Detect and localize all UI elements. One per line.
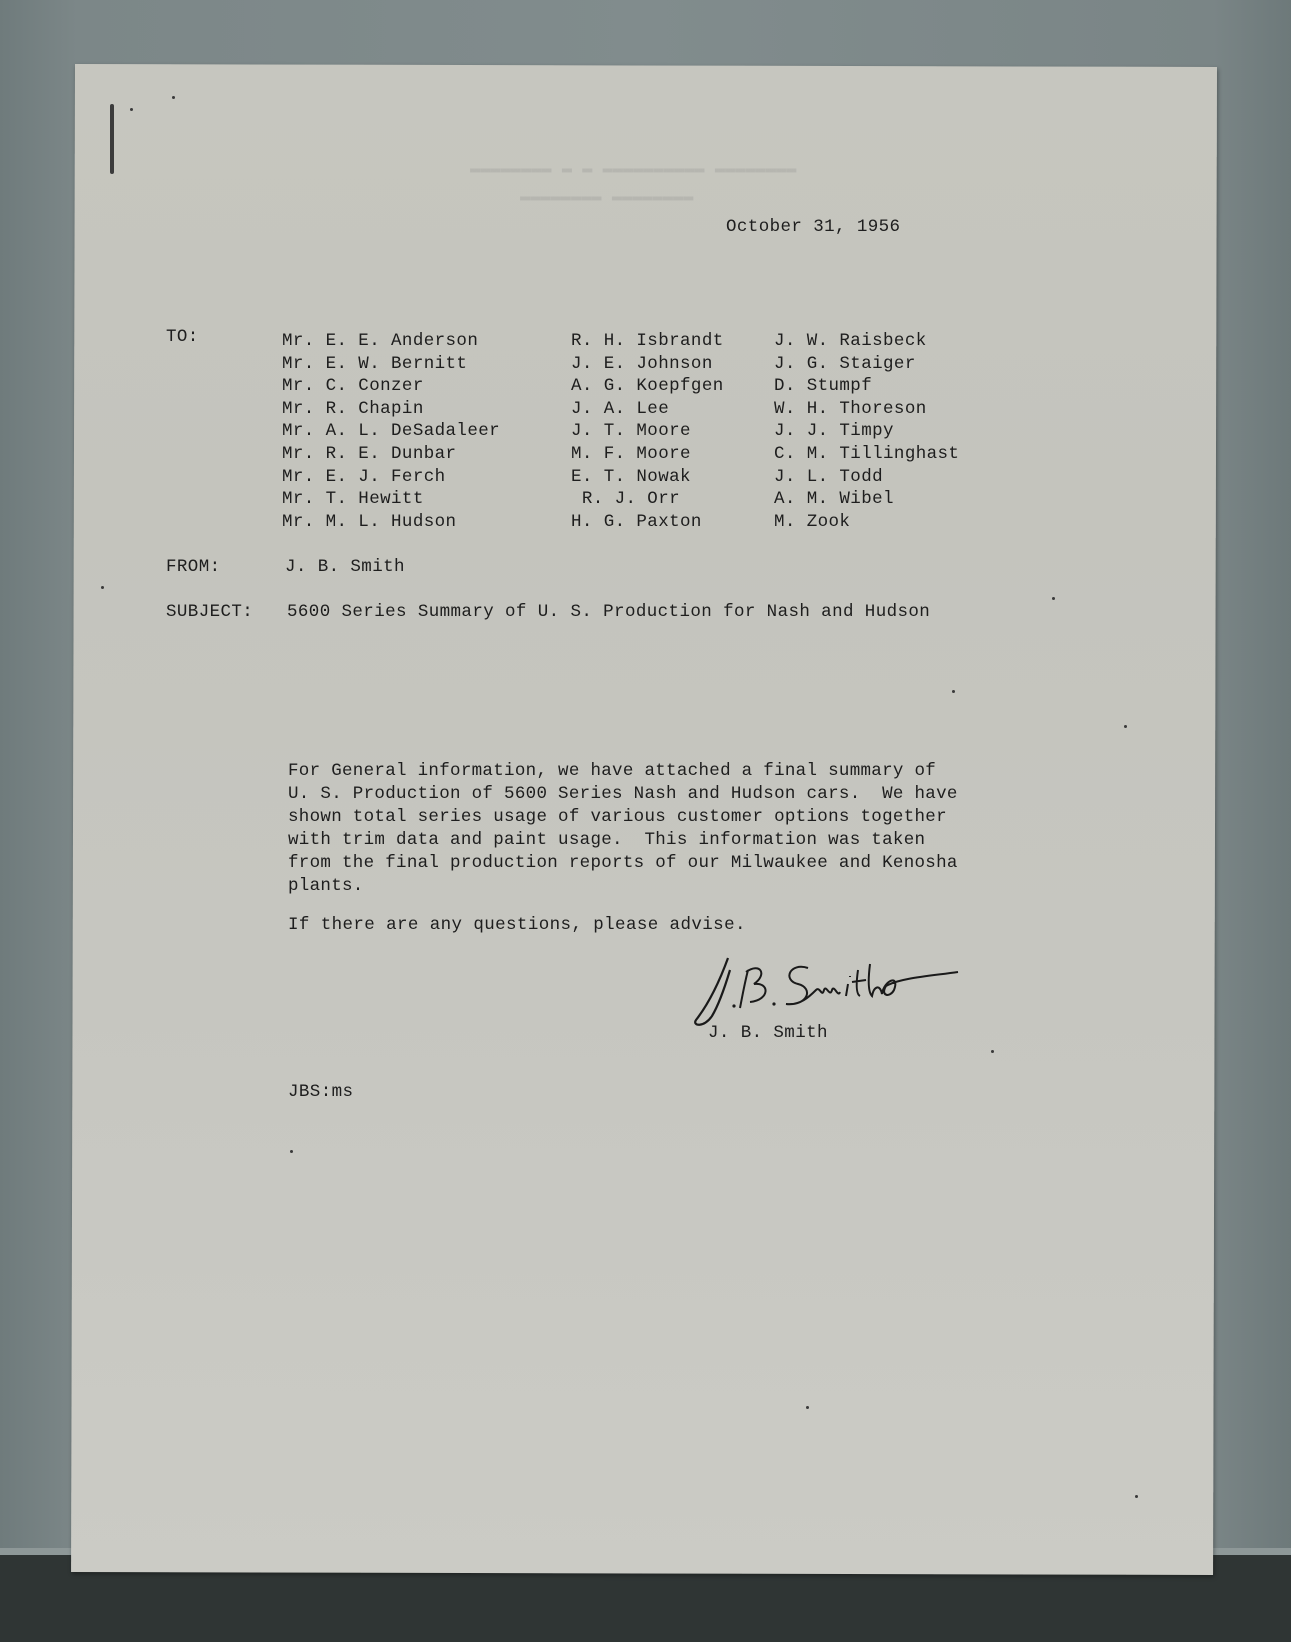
recipient: C. M. Tillinghast xyxy=(774,443,959,466)
recipients-column-1: Mr. E. E. Anderson Mr. E. W. Bernitt Mr.… xyxy=(282,330,500,533)
recipient: J. E. Johnson xyxy=(571,353,724,376)
recipient: Mr. E. J. Ferch xyxy=(282,466,500,489)
paper-speck xyxy=(806,1406,809,1409)
recipient: J. A. Lee xyxy=(571,398,724,421)
from-label: FROM: xyxy=(166,557,221,577)
recipient: H. G. Paxton xyxy=(571,511,724,534)
recipient: D. Stumpf xyxy=(774,375,959,398)
paper-speck xyxy=(101,586,104,589)
closing-line: If there are any questions, please advis… xyxy=(288,915,746,935)
recipient: Mr. M. L. Hudson xyxy=(282,511,500,534)
staple xyxy=(110,104,114,174)
paper-speck xyxy=(130,108,133,111)
recipient: J. J. Timpy xyxy=(774,420,959,443)
recipient: A. M. Wibel xyxy=(774,488,959,511)
recipient: J. G. Staiger xyxy=(774,353,959,376)
bleed-through-text: ▬▬▬▬▬▬▬▬ ▬▬▬▬▬▬▬▬ xyxy=(520,188,693,207)
subject-label: SUBJECT: xyxy=(166,602,253,622)
body-line: U. S. Production of 5600 Series Nash and… xyxy=(288,783,958,806)
recipient: R. H. Isbrandt xyxy=(571,330,724,353)
recipient: E. T. Nowak xyxy=(571,466,724,489)
recipient: Mr. C. Conzer xyxy=(282,375,500,398)
recipient: Mr. R. Chapin xyxy=(282,398,500,421)
recipient: J. L. Todd xyxy=(774,466,959,489)
body-line: with trim data and paint usage. This inf… xyxy=(288,829,958,852)
body-line: shown total series usage of various cust… xyxy=(288,806,958,829)
recipient: M. F. Moore xyxy=(571,443,724,466)
recipient: Mr. E. W. Bernitt xyxy=(282,353,500,376)
recipient: Mr. T. Hewitt xyxy=(282,488,500,511)
paper-speck xyxy=(952,690,955,693)
typed-signature: J. B. Smith xyxy=(708,1023,828,1043)
body-paragraph: For General information, we have attache… xyxy=(288,760,958,898)
paper-speck xyxy=(1052,597,1055,600)
paper-speck xyxy=(290,1150,293,1153)
paper-speck xyxy=(1124,725,1127,728)
recipient: J. T. Moore xyxy=(571,420,724,443)
paper-speck xyxy=(1135,1495,1138,1498)
from-name: J. B. Smith xyxy=(285,557,405,577)
recipient: R. J. Orr xyxy=(571,488,724,511)
body-line: plants. xyxy=(288,875,958,898)
recipient: A. G. Koepfgen xyxy=(571,375,724,398)
reference-initials: JBS:ms xyxy=(288,1082,353,1102)
paper-speck xyxy=(991,1050,994,1053)
recipient: Mr. E. E. Anderson xyxy=(282,330,500,353)
to-label: TO: xyxy=(166,327,199,347)
body-line: from the final production reports of our… xyxy=(288,852,958,875)
recipients-column-3: J. W. Raisbeck J. G. Staiger D. Stumpf W… xyxy=(774,330,959,533)
recipients-column-2: R. H. Isbrandt J. E. Johnson A. G. Koepf… xyxy=(571,330,724,533)
recipient: Mr. R. E. Dunbar xyxy=(282,443,500,466)
bleed-through-text: ▬▬▬▬▬▬▬▬ ▬ ▬ ▬▬▬▬▬▬▬▬▬▬ ▬▬▬▬▬▬▬▬ xyxy=(470,160,796,179)
handwritten-signature xyxy=(690,950,960,1030)
recipient: J. W. Raisbeck xyxy=(774,330,959,353)
body-line: For General information, we have attache… xyxy=(288,760,958,783)
subject-text: 5600 Series Summary of U. S. Production … xyxy=(287,602,930,622)
memo-date: October 31, 1956 xyxy=(726,217,900,237)
recipient: Mr. A. L. DeSadaleer xyxy=(282,420,500,443)
recipient: M. Zook xyxy=(774,511,959,534)
recipient: W. H. Thoreson xyxy=(774,398,959,421)
paper-speck xyxy=(172,96,175,99)
